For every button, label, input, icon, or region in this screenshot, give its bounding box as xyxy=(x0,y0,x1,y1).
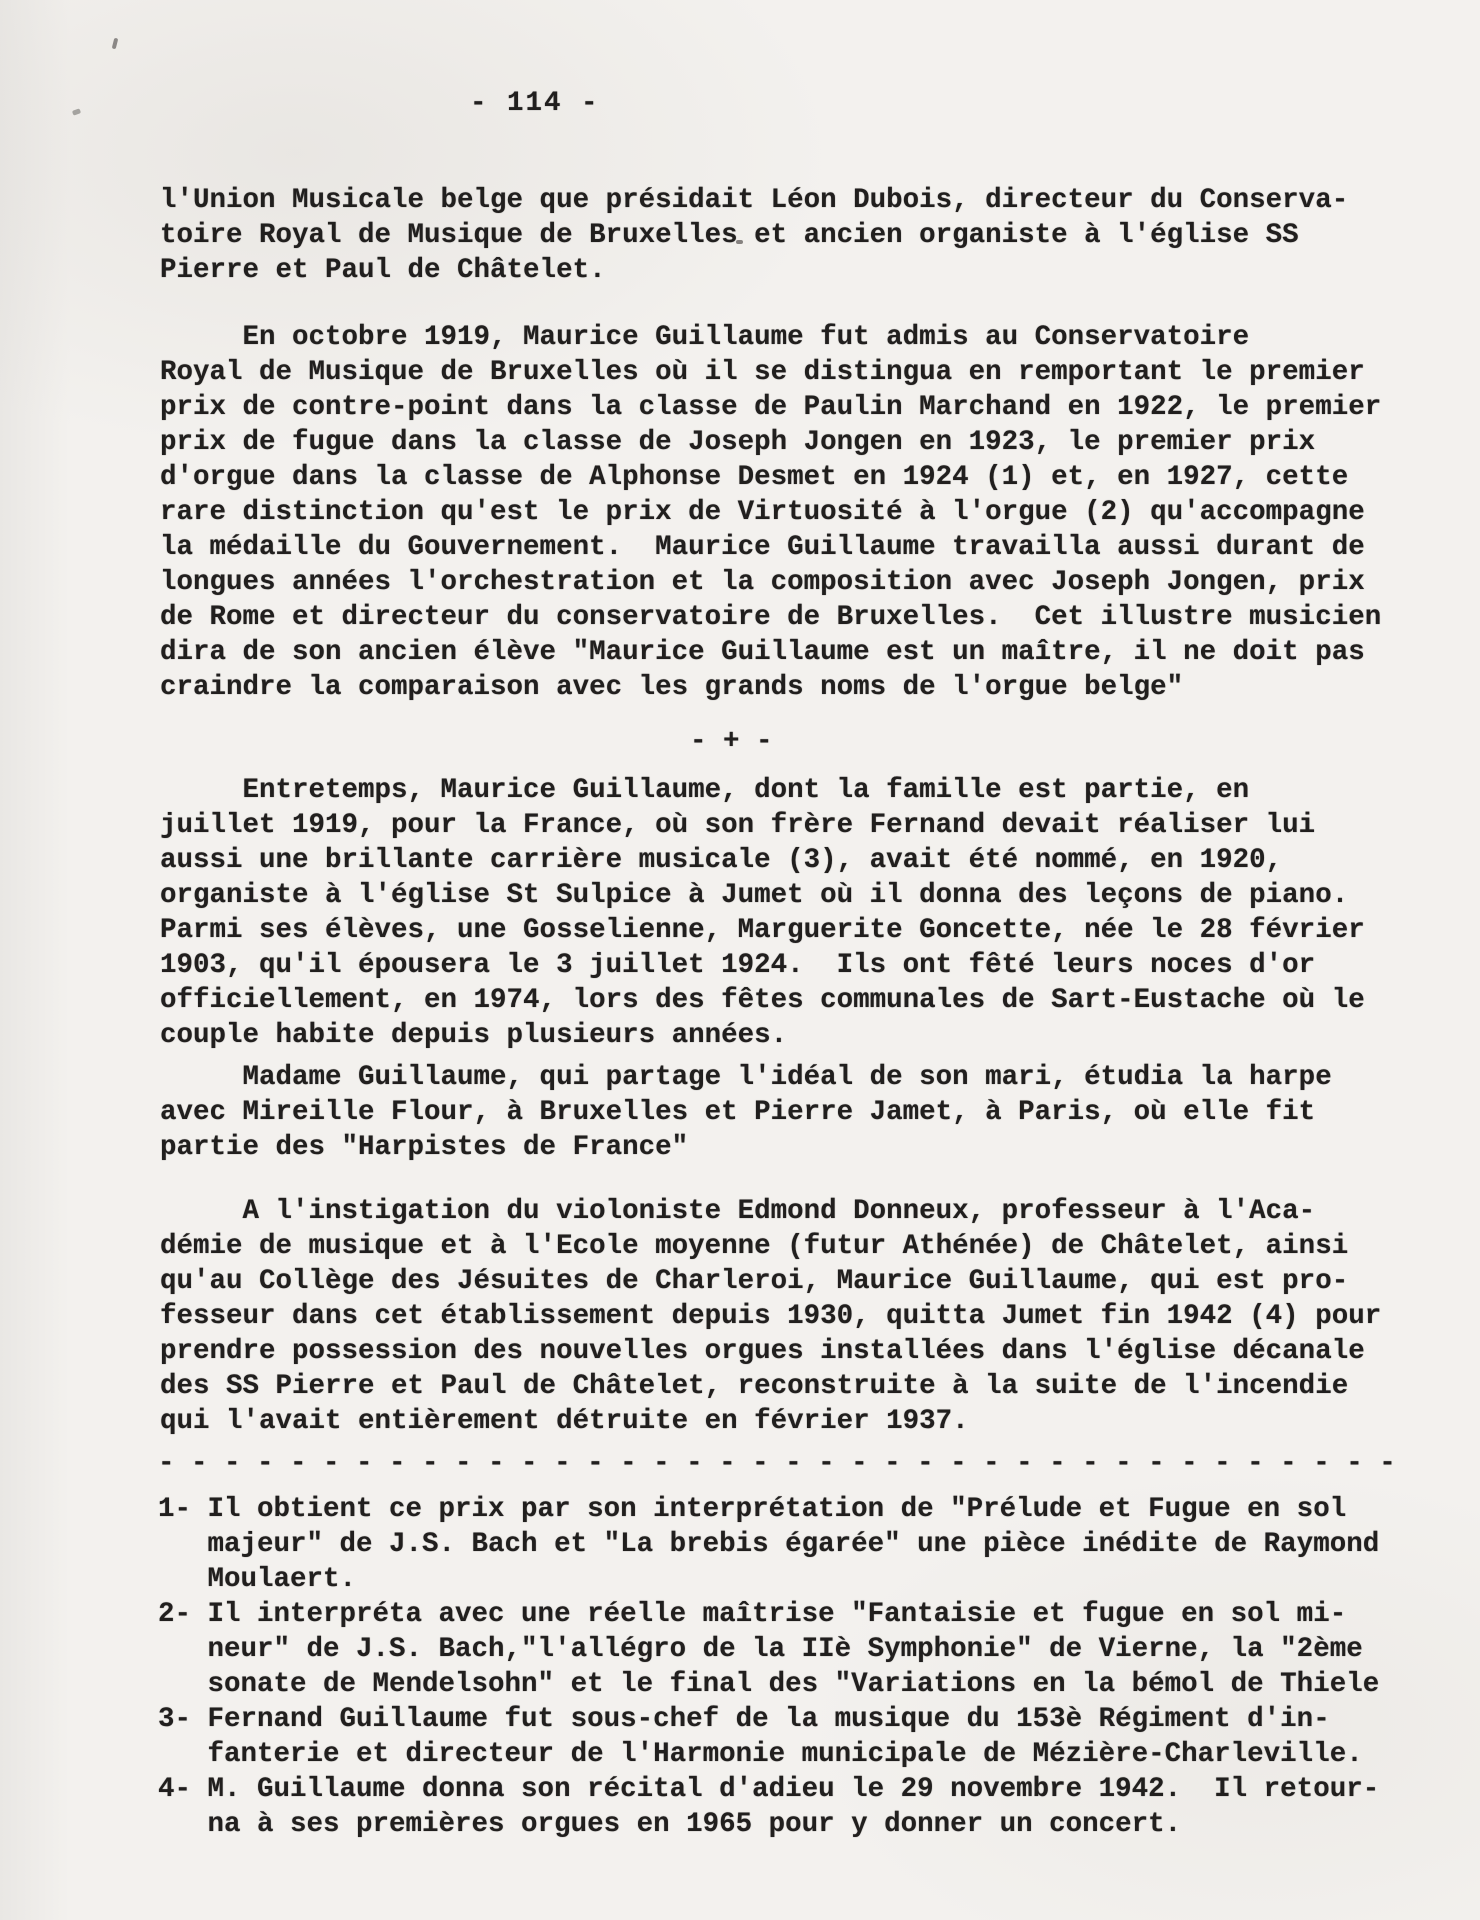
paragraph-madame-guillaume: Madame Guillaume, qui partage l'idéal de… xyxy=(160,1060,1440,1165)
paragraph-union-musicale: l'Union Musicale belge que présidait Léo… xyxy=(160,183,1440,288)
footnote-separator-dashes: - - - - - - - - - - - - - - - - - - - - … xyxy=(158,1446,1440,1481)
scan-speck xyxy=(112,38,119,50)
footnote-2: 2- Il interpréta avec une réelle maîtris… xyxy=(158,1597,1440,1702)
footnote-1: 1- Il obtient ce prix par son interpréta… xyxy=(158,1492,1440,1597)
footnote-3: 3- Fernand Guillaume fut sous-chef de la… xyxy=(158,1702,1440,1772)
scan-speck xyxy=(72,108,81,115)
section-divider: - + - xyxy=(160,724,1440,759)
footnote-4: 4- M. Guillaume donna son récital d'adie… xyxy=(158,1772,1440,1842)
page-number: - 114 - xyxy=(470,86,600,121)
footnotes: 1- Il obtient ce prix par son interpréta… xyxy=(158,1492,1440,1842)
paragraph-instigation-chatelet: A l'instigation du violoniste Edmond Don… xyxy=(160,1194,1440,1439)
paragraph-conservatoire-prix: En octobre 1919, Maurice Guillaume fut a… xyxy=(160,320,1440,705)
page-body: l'Union Musicale belge que présidait Léo… xyxy=(160,183,1440,1842)
paragraph-entretemps-jumet: Entretemps, Maurice Guillaume, dont la f… xyxy=(160,773,1440,1053)
scanned-document-page: - 114 - l'Union Musicale belge que prési… xyxy=(0,0,1480,1920)
